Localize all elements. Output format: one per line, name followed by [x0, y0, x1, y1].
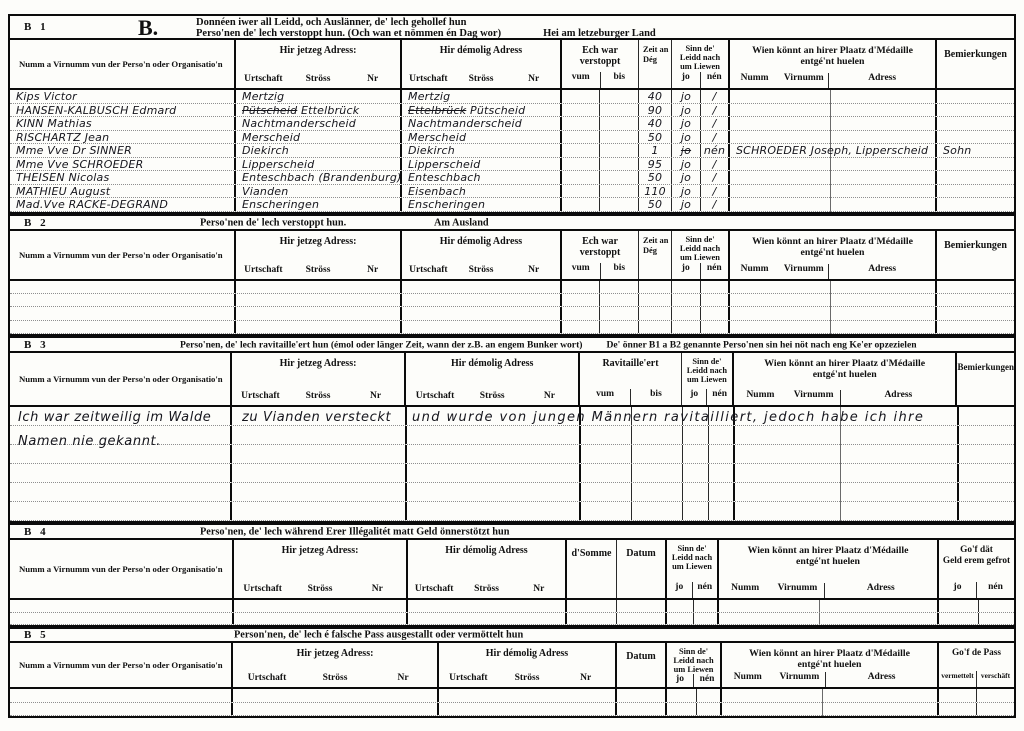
demolig-label: Hir démolig Adress — [402, 40, 560, 74]
col-header-sinn: Sinn de' Leidd nach um Liewen jo nén — [672, 40, 730, 88]
jo-nen-sublabels: jo nén — [672, 263, 728, 279]
cell: / — [701, 158, 730, 171]
cell — [562, 131, 600, 144]
col-header-demolig-adress: Hir démolig Adress Urtschaft Ströss Nr — [402, 231, 562, 279]
table-row: Mme Vve Dr SINNERDiekirchDiekirch1jonénS… — [10, 144, 1014, 158]
table-row: HANSEN-KALBUSCH EdmardPütscheid Ettelbrü… — [10, 104, 1014, 118]
table-row: Mad.Vve RACKE-DEGRANDEnscheringenEnscher… — [10, 198, 1014, 212]
cell: jo — [672, 90, 701, 103]
adress-sublabels: Urtschaft Ströss Nr — [232, 391, 405, 405]
title-line2-text: Perso'nen de' lech verstoppt hun. (Och w… — [196, 28, 501, 39]
cell — [735, 445, 959, 463]
col-header-gof-geld: Go'f dät Geld erem gefrot jo nén — [939, 540, 1014, 598]
bis-label: bis — [601, 72, 639, 88]
empty-row — [10, 321, 1014, 334]
cell — [402, 321, 562, 333]
cell — [402, 307, 562, 319]
col-header-zeit: Zeit an Dég — [639, 40, 672, 88]
cell: jo — [672, 158, 701, 171]
col-header-medaille: Wien könnt an hirer Plaatz d'Médaille en… — [719, 540, 939, 598]
cell — [730, 90, 937, 103]
jo-nen-sublabels: jo nén — [667, 674, 720, 687]
empty-row — [10, 600, 1014, 613]
sinn-label: Sinn de' Leidd nach um Liewen — [672, 40, 728, 72]
b5-data-area — [10, 689, 1014, 716]
sinn-label: Sinn de' Leidd nach um Liewen — [672, 231, 728, 263]
cell: Enscheringen — [236, 198, 402, 211]
jo-nen-sublabels: jo nén — [672, 72, 728, 88]
cell — [735, 464, 959, 482]
cell — [562, 185, 600, 198]
vum-label: vum — [562, 263, 601, 279]
cell: / — [701, 90, 730, 103]
cell — [600, 185, 639, 198]
numm-virnumm-group: NummVirnumm — [730, 264, 828, 279]
adress-sublabels: Urtschaft Ströss Nr — [402, 265, 560, 279]
cell — [730, 131, 937, 144]
cell — [562, 171, 600, 184]
col-header-name: Numm a Virnumm vun der Perso'n oder Orga… — [10, 540, 234, 598]
zeit-label: Zeit an Dég — [639, 231, 671, 279]
cell: Pütscheid Ettelbrück — [236, 104, 402, 117]
cell — [407, 445, 581, 463]
b2-rows — [10, 281, 1014, 334]
cell — [667, 600, 694, 612]
section-b3: B 3 Perso'nen, de' lech ravitaille'ert h… — [8, 336, 1016, 523]
urtschaft-label: Urtschaft — [402, 74, 455, 84]
jo-label: jo — [667, 582, 693, 598]
gof-pass-label: Go'f de Pass — [939, 643, 1014, 671]
cell: Vianden — [236, 185, 402, 198]
virnumm-label: Virnumm — [771, 583, 823, 598]
cell — [730, 104, 937, 117]
cell — [232, 426, 407, 444]
jo-label: jo — [667, 674, 694, 687]
cell — [562, 307, 600, 319]
b2-data-area — [10, 281, 1014, 334]
table-row: RISCHARTZ JeanMerscheidMerscheid50jo/ — [10, 131, 1014, 145]
cell — [562, 104, 600, 117]
cell: Sohn — [937, 144, 1014, 157]
medaille-label: Wien könnt an hirer Plaatz d'Médaille en… — [730, 231, 935, 264]
empty-row — [10, 502, 1014, 521]
cell — [632, 502, 683, 520]
cell — [730, 171, 937, 184]
cell — [567, 613, 617, 625]
medaille-label: Wien könnt an hirer Plaatz d'Médaille en… — [722, 643, 937, 672]
section-title: Donnéen iwer all Leidd, och Auslänner, d… — [196, 17, 656, 39]
cell — [236, 307, 402, 319]
medaille-label-line1: Wien könnt an hirer Plaatz d'Médaille — [719, 545, 937, 556]
cell: RISCHARTZ Jean — [10, 131, 236, 144]
cell: Diekirch — [402, 144, 562, 157]
medaille-label-line2: entgé'nt huelen — [719, 556, 937, 567]
cell — [632, 483, 683, 501]
cell: Mertzig — [402, 90, 562, 103]
cell: jo — [672, 185, 701, 198]
section-code: B 1 — [24, 21, 49, 33]
datum-label: Datum — [617, 540, 665, 598]
nr-label: Nr — [556, 673, 615, 683]
col-header-bemierkungen: Bemierkungen — [937, 40, 1014, 88]
cell: 95 — [639, 158, 672, 171]
adress-sublabels: Urtschaft Ströss Nr — [233, 673, 437, 687]
stross-label: Ströss — [291, 584, 348, 594]
vermettelt-verschaft-sublabels: vermettelt verschäft — [939, 671, 1014, 687]
cell: 90 — [639, 104, 672, 117]
nr-label: Nr — [507, 74, 560, 84]
col-header-gof-pass: Go'f de Pass vermettelt verschäft — [939, 643, 1014, 687]
numm-virnumm-group: NummVirnumm — [730, 73, 828, 88]
jo-label: jo — [672, 263, 701, 279]
nen-label: nén — [977, 582, 1014, 598]
section-title: Perso'nen, de' lech ravitaille'ert hun (… — [180, 339, 917, 350]
sinn-label: Sinn de' Leidd nach um Liewen — [667, 643, 720, 674]
urtschaft-label: Urtschaft — [232, 391, 290, 401]
col-header-medaille: Wien könnt an hirer Plaatz d'Médaille en… — [734, 353, 958, 405]
col-header-bemierkungen: Bemierkungen — [937, 231, 1014, 279]
cell: / — [701, 171, 730, 184]
nen-label: nén — [694, 674, 720, 687]
datum-label: Datum — [617, 643, 665, 687]
cell: Merscheid — [402, 131, 562, 144]
b4-column-headers: Numm a Virnumm vun der Perso'n oder Orga… — [10, 540, 1014, 600]
cell — [617, 600, 667, 612]
medaille-label-line2: entgé'nt huelen — [734, 369, 956, 380]
empty-row — [10, 613, 1014, 626]
cell: KINN Mathias — [10, 117, 236, 130]
cell — [937, 117, 1014, 130]
vum-bis-sublabels: vum bis — [562, 263, 638, 279]
col-header-verstoppt: Ech war verstoppt vum bis — [562, 231, 639, 279]
jetzeg-label: Hir jetzeg Adress: — [236, 40, 400, 74]
cell — [236, 294, 402, 306]
cell — [709, 445, 735, 463]
cell — [937, 131, 1014, 144]
empty-row — [10, 464, 1014, 483]
section-b2: B 2 Perso'nen de' lech verstoppt hun. Am… — [8, 214, 1016, 336]
section-title: Perso'nen, de' lech während Erer Illégal… — [200, 526, 509, 537]
verschaft-label: verschäft — [977, 671, 1014, 687]
vum-label: vum — [562, 72, 601, 88]
cell — [639, 321, 672, 333]
jetzeg-label: Hir jetzeg Adress: — [236, 231, 400, 265]
col-header-jetzeg-adress: Hir jetzeg Adress: Urtschaft Ströss Nr — [234, 540, 408, 598]
cell — [730, 321, 937, 333]
numm-virnumm-group: NummVirnumm — [719, 583, 824, 598]
medaille-sublabels: NummVirnumm Adress — [734, 390, 956, 405]
section-title: Perso'nen de' lech verstoppt hun. — [200, 217, 346, 228]
section-title: Person'nen, de' lech é falsche Pass ausg… — [234, 630, 523, 641]
cell — [408, 600, 567, 612]
cell: MATHIEU August — [10, 185, 236, 198]
cell: Nachtmanderscheid — [236, 117, 402, 130]
cell — [562, 321, 600, 333]
cell — [407, 464, 581, 482]
cell — [233, 703, 439, 716]
jetzeg-label: Hir jetzeg Adress: — [232, 353, 405, 391]
cell — [735, 426, 959, 444]
empty-row — [10, 281, 1014, 294]
cell — [232, 445, 407, 463]
nr-label: Nr — [345, 265, 400, 275]
section-code: B 3 — [24, 339, 49, 351]
cell — [617, 689, 667, 702]
cell — [562, 198, 600, 211]
b1-column-headers: Numm a Virnumm vun der Perso'n oder Orga… — [10, 40, 1014, 90]
bis-label: bis — [631, 389, 681, 405]
cell — [581, 502, 632, 520]
cell: / — [701, 104, 730, 117]
cell — [402, 294, 562, 306]
b1-rows: Kips VictorMertzigMertzig40jo/HANSEN-KAL… — [10, 90, 1014, 212]
medaille-label-line1: Wien könnt an hirer Plaatz d'Médaille — [722, 648, 937, 659]
cell — [937, 198, 1014, 211]
cell: Enscheringen — [402, 198, 562, 211]
cell — [683, 426, 709, 444]
scanned-form-page: B 1 B. Donnéen iwer all Leidd, och Auslä… — [0, 0, 1024, 731]
cell: 1 — [639, 144, 672, 157]
numm-label: Numm — [730, 73, 779, 88]
b2-column-headers: Numm a Virnumm vun der Perso'n oder Orga… — [10, 231, 1014, 281]
cell — [600, 171, 639, 184]
adress-label: Adress — [840, 390, 955, 405]
section-title-suffix: Am Ausland — [434, 217, 489, 228]
adress-sublabels: Urtschaft Ströss Nr — [236, 74, 400, 88]
jo-label: jo — [682, 389, 707, 405]
cell — [10, 321, 236, 333]
urtschaft-label: Urtschaft — [439, 673, 498, 683]
cell — [937, 307, 1014, 319]
adress-label: Adress — [825, 672, 937, 687]
col-header-ravitailleert: Ravitaille'ert vum bis — [580, 353, 682, 405]
empty-row — [10, 294, 1014, 307]
jetzeg-label: Hir jetzeg Adress: — [234, 540, 406, 584]
b4-rows — [10, 600, 1014, 625]
col-header-jetzeg-adress: Hir jetzeg Adress: Urtschaft Ströss Nr — [232, 353, 407, 405]
cell: 50 — [639, 171, 672, 184]
cell: 110 — [639, 185, 672, 198]
jo-nen-sublabels: jo nén — [939, 582, 1014, 598]
name-col-label: Numm a Virnumm vun der Perso'n oder Orga… — [10, 231, 234, 279]
cell — [667, 689, 697, 702]
ravitailleert-label: Ravitaille'ert — [580, 353, 681, 389]
cell — [639, 307, 672, 319]
cell — [232, 502, 407, 520]
vum-bis-sublabels: vum bis — [562, 72, 638, 88]
nr-label: Nr — [513, 584, 565, 594]
cell — [730, 117, 937, 130]
medaille-label-line2: entgé'nt huelen — [722, 659, 937, 670]
col-header-demolig-adress: Hir démolig Adress Urtschaft Ströss Nr — [402, 40, 562, 88]
verstoppt-label: Ech war verstoppt — [562, 231, 638, 263]
cell: Mad.Vve RACKE-DEGRAND — [10, 198, 236, 211]
cell — [667, 613, 694, 625]
jo-nen-sublabels: jo nén — [682, 389, 732, 405]
handwritten-note-line1: Ich war zeitweilig im Walde — [18, 410, 211, 425]
numm-virnumm-group: NummVirnumm — [734, 390, 840, 405]
handwritten-note-line1b: Namen nie gekannt. — [18, 434, 161, 449]
cell — [672, 307, 701, 319]
col-header-somme: d'Somme — [567, 540, 617, 598]
table-row: Mme Vve SCHROEDERLipperscheidLipperschei… — [10, 158, 1014, 172]
virnumm-label: Virnumm — [779, 264, 828, 279]
urtschaft-label: Urtschaft — [408, 584, 460, 594]
col-header-bemierkungen: Bemierkungen — [957, 353, 1014, 405]
cell — [10, 600, 234, 612]
cell — [697, 703, 722, 716]
stross-label: Ströss — [464, 391, 521, 401]
col-header-name: Numm a Virnumm vun der Perso'n oder Orga… — [10, 231, 236, 279]
medaille-label-line2: entgé'nt huelen — [730, 56, 935, 67]
cell — [632, 426, 683, 444]
gof-geld-label-line1: Go'f dät — [939, 545, 1014, 556]
medaille-label: Wien könnt an hirer Plaatz d'Médaille en… — [719, 540, 937, 583]
cell — [701, 294, 730, 306]
cell — [722, 703, 939, 716]
cell — [937, 90, 1014, 103]
cell — [639, 281, 672, 293]
cell — [600, 281, 639, 293]
cell — [937, 104, 1014, 117]
cell — [10, 307, 236, 319]
cell — [632, 464, 683, 482]
cell — [937, 185, 1014, 198]
demolig-label: Hir démolig Adress — [402, 231, 560, 265]
title-part1: Perso'nen, de' lech ravitaille'ert hun (… — [180, 339, 582, 350]
cell — [959, 464, 1014, 482]
cell — [683, 464, 709, 482]
stross-label: Ströss — [291, 74, 346, 84]
verstoppt-label: Ech war verstoppt — [562, 40, 638, 72]
cell — [234, 600, 408, 612]
cell — [683, 445, 709, 463]
cell — [979, 600, 1014, 612]
cell: nén — [701, 144, 730, 157]
cell — [683, 502, 709, 520]
handwritten-note-line2: zu Vianden versteckt — [242, 410, 391, 425]
cell — [722, 689, 939, 702]
cell: jo — [672, 198, 701, 211]
cell — [600, 90, 639, 103]
cell — [10, 294, 236, 306]
adress-sublabels: Urtschaft Ströss Nr — [236, 265, 400, 279]
cell: Mertzig — [236, 90, 402, 103]
cell — [937, 171, 1014, 184]
cell: Nachtmanderscheid — [402, 117, 562, 130]
adress-label: Adress — [828, 73, 935, 88]
cell — [730, 158, 937, 171]
cell — [234, 613, 408, 625]
col-header-name: Numm a Virnumm vun der Perso'n oder Orga… — [10, 40, 236, 88]
section-b1-titlebar: B 1 B. Donnéen iwer all Leidd, och Auslä… — [10, 16, 1014, 40]
urtschaft-label: Urtschaft — [236, 265, 291, 275]
section-b4: B 4 Perso'nen, de' lech während Erer Ill… — [8, 523, 1016, 627]
section-code: B 5 — [24, 629, 49, 641]
cell — [600, 294, 639, 306]
urtschaft-label: Urtschaft — [406, 391, 463, 401]
stross-label: Ströss — [291, 265, 346, 275]
cell — [562, 281, 600, 293]
cell: 40 — [639, 90, 672, 103]
name-col-label: Numm a Virnumm vun der Perso'n oder Orga… — [10, 643, 231, 687]
cell — [236, 321, 402, 333]
cell: Lipperscheid — [402, 158, 562, 171]
cell — [581, 445, 632, 463]
section-code: B 2 — [24, 217, 49, 229]
jetzeg-label: Hir jetzeg Adress: — [233, 643, 437, 673]
cell — [937, 294, 1014, 306]
cell: Eisenbach — [402, 185, 562, 198]
nr-label: Nr — [521, 391, 578, 401]
cell — [709, 483, 735, 501]
cell — [730, 281, 937, 293]
cell — [562, 90, 600, 103]
cell — [672, 281, 701, 293]
cell — [683, 483, 709, 501]
cell — [730, 185, 937, 198]
cell: / — [701, 198, 730, 211]
adress-sublabels: Urtschaft Ströss Nr — [406, 391, 578, 405]
cell — [10, 502, 232, 520]
cell — [977, 689, 1014, 702]
cell — [600, 117, 639, 130]
cell — [730, 294, 937, 306]
nr-label: Nr — [349, 584, 406, 594]
cell — [959, 502, 1014, 520]
cell: / — [701, 185, 730, 198]
cell: 50 — [639, 131, 672, 144]
cell — [672, 321, 701, 333]
cell — [407, 502, 581, 520]
empty-row — [10, 483, 1014, 502]
cell — [10, 464, 232, 482]
cell: 40 — [639, 117, 672, 130]
medaille-label-line1: Wien könnt an hirer Plaatz d'Médaille — [730, 236, 935, 247]
bemierkungen-label: Bemierkungen — [937, 40, 1014, 88]
col-header-sinn: Sinn de' Leidd nach um Liewen jo nén — [672, 231, 730, 279]
bemierkungen-label: Bemierkungen — [937, 231, 1014, 279]
b1-data-area: Kips VictorMertzigMertzig40jo/HANSEN-KAL… — [10, 90, 1014, 212]
big-letter-b: B. — [138, 15, 158, 41]
cell — [709, 502, 735, 520]
cell: Kips Victor — [10, 90, 236, 103]
cell: Lipperscheid — [236, 158, 402, 171]
cell — [439, 703, 617, 716]
cell — [562, 158, 600, 171]
nen-label: nén — [701, 72, 729, 88]
nr-label: Nr — [369, 673, 437, 683]
sinn-label: Sinn de' Leidd nach um Liewen — [667, 540, 717, 582]
section-title-line2: Perso'nen de' lech verstoppt hun. (Och w… — [196, 28, 656, 39]
cell — [977, 703, 1014, 716]
medaille-label-line1: Wien könnt an hirer Plaatz d'Médaille — [730, 45, 935, 56]
cell: Merscheid — [236, 131, 402, 144]
cell — [600, 198, 639, 211]
cell: jo — [672, 144, 701, 157]
urtschaft-label: Urtschaft — [236, 74, 291, 84]
cell — [939, 600, 979, 612]
cell — [600, 144, 639, 157]
vermettelt-label: vermettelt — [939, 671, 977, 687]
col-header-demolig-adress: Hir démolig Adress Urtschaft Ströss Nr — [408, 540, 567, 598]
name-col-label: Numm a Virnumm vun der Perso'n oder Orga… — [10, 353, 230, 405]
table-row: MATHIEU AugustViandenEisenbach110jo/ — [10, 185, 1014, 199]
b5-column-headers: Numm a Virnumm vun der Perso'n oder Orga… — [10, 643, 1014, 689]
col-header-name: Numm a Virnumm vun der Perso'n oder Orga… — [10, 643, 233, 687]
medaille-sublabels: NummVirnumm Adress — [730, 264, 935, 279]
col-header-jetzeg-adress: Hir jetzeg Adress: Urtschaft Ströss Nr — [233, 643, 439, 687]
